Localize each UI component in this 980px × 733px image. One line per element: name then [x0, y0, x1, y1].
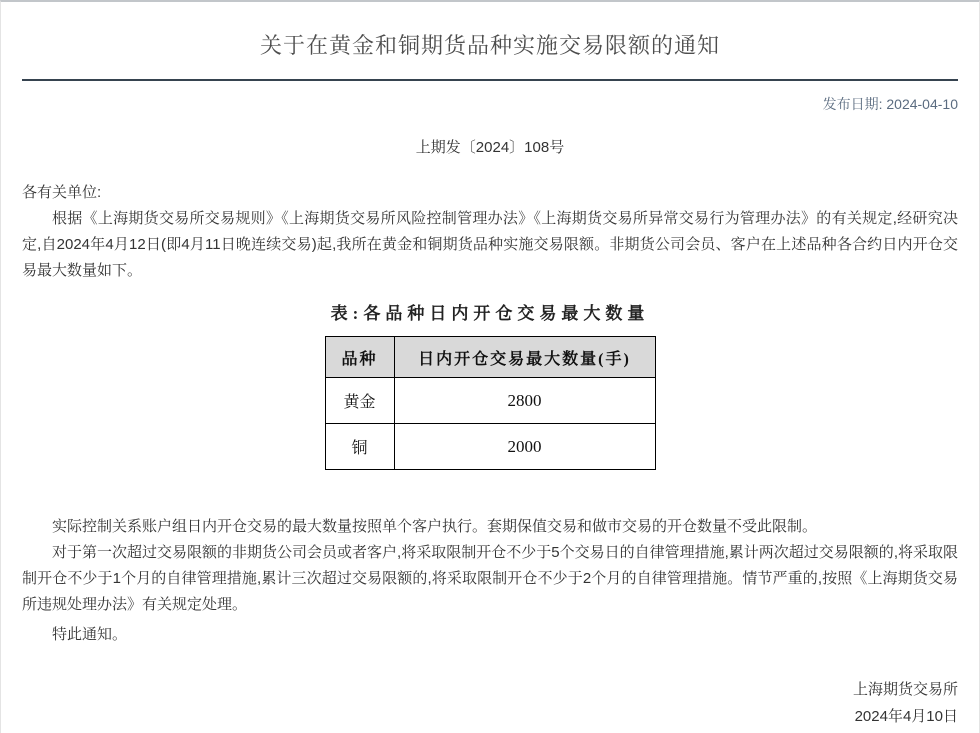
salutation: 各有关单位: [22, 180, 958, 206]
table-header-limit: 日内开仓交易最大数量(手) [394, 337, 655, 378]
issuer: 上海期货交易所 [22, 676, 958, 703]
publish-date-line: 发布日期: 2024-04-10 [22, 94, 958, 114]
table-header-row: 品种 日内开仓交易最大数量(手) [325, 337, 655, 378]
page-title: 关于在黄金和铜期货品种实施交易限额的通知 [22, 30, 958, 62]
table-header-variety: 品种 [325, 337, 394, 378]
issue-date: 2024年4月10日 [22, 703, 958, 730]
publish-date-value: 2024-04-10 [886, 96, 958, 112]
title-divider [22, 79, 958, 81]
paragraph-basis: 根据《上海期货交易所交易规则》《上海期货交易所风险控制管理办法》《上海期货交易所… [22, 206, 958, 284]
table-row-gold: 黄金 2800 [325, 378, 655, 424]
publish-date-label: 发布日期: [823, 96, 883, 112]
cell-limit-copper: 2000 [394, 424, 655, 470]
signature-block: 上海期货交易所 2024年4月10日 [22, 676, 958, 730]
cell-variety-gold: 黄金 [325, 378, 394, 424]
table-caption: 表:各品种日内开仓交易最大数量 [22, 302, 958, 326]
cell-variety-copper: 铜 [325, 424, 394, 470]
notice-page: 关于在黄金和铜期货品种实施交易限额的通知 发布日期: 2024-04-10 上期… [0, 0, 980, 733]
cell-limit-gold: 2800 [394, 378, 655, 424]
doc-number: 上期发〔2024〕108号 [22, 138, 958, 158]
limits-table: 品种 日内开仓交易最大数量(手) 黄金 2800 铜 2000 [325, 336, 656, 470]
table-row-copper: 铜 2000 [325, 424, 655, 470]
paragraph-penalties: 对于第一次超过交易限额的非期货公司会员或者客户,将采取限制开仓不少于5个交易日的… [22, 540, 958, 618]
paragraph-execution: 实际控制关系账户组日内开仓交易的最大数量按照单个客户执行。套期保值交易和做市交易… [22, 514, 958, 540]
closing-line: 特此通知。 [22, 622, 958, 648]
